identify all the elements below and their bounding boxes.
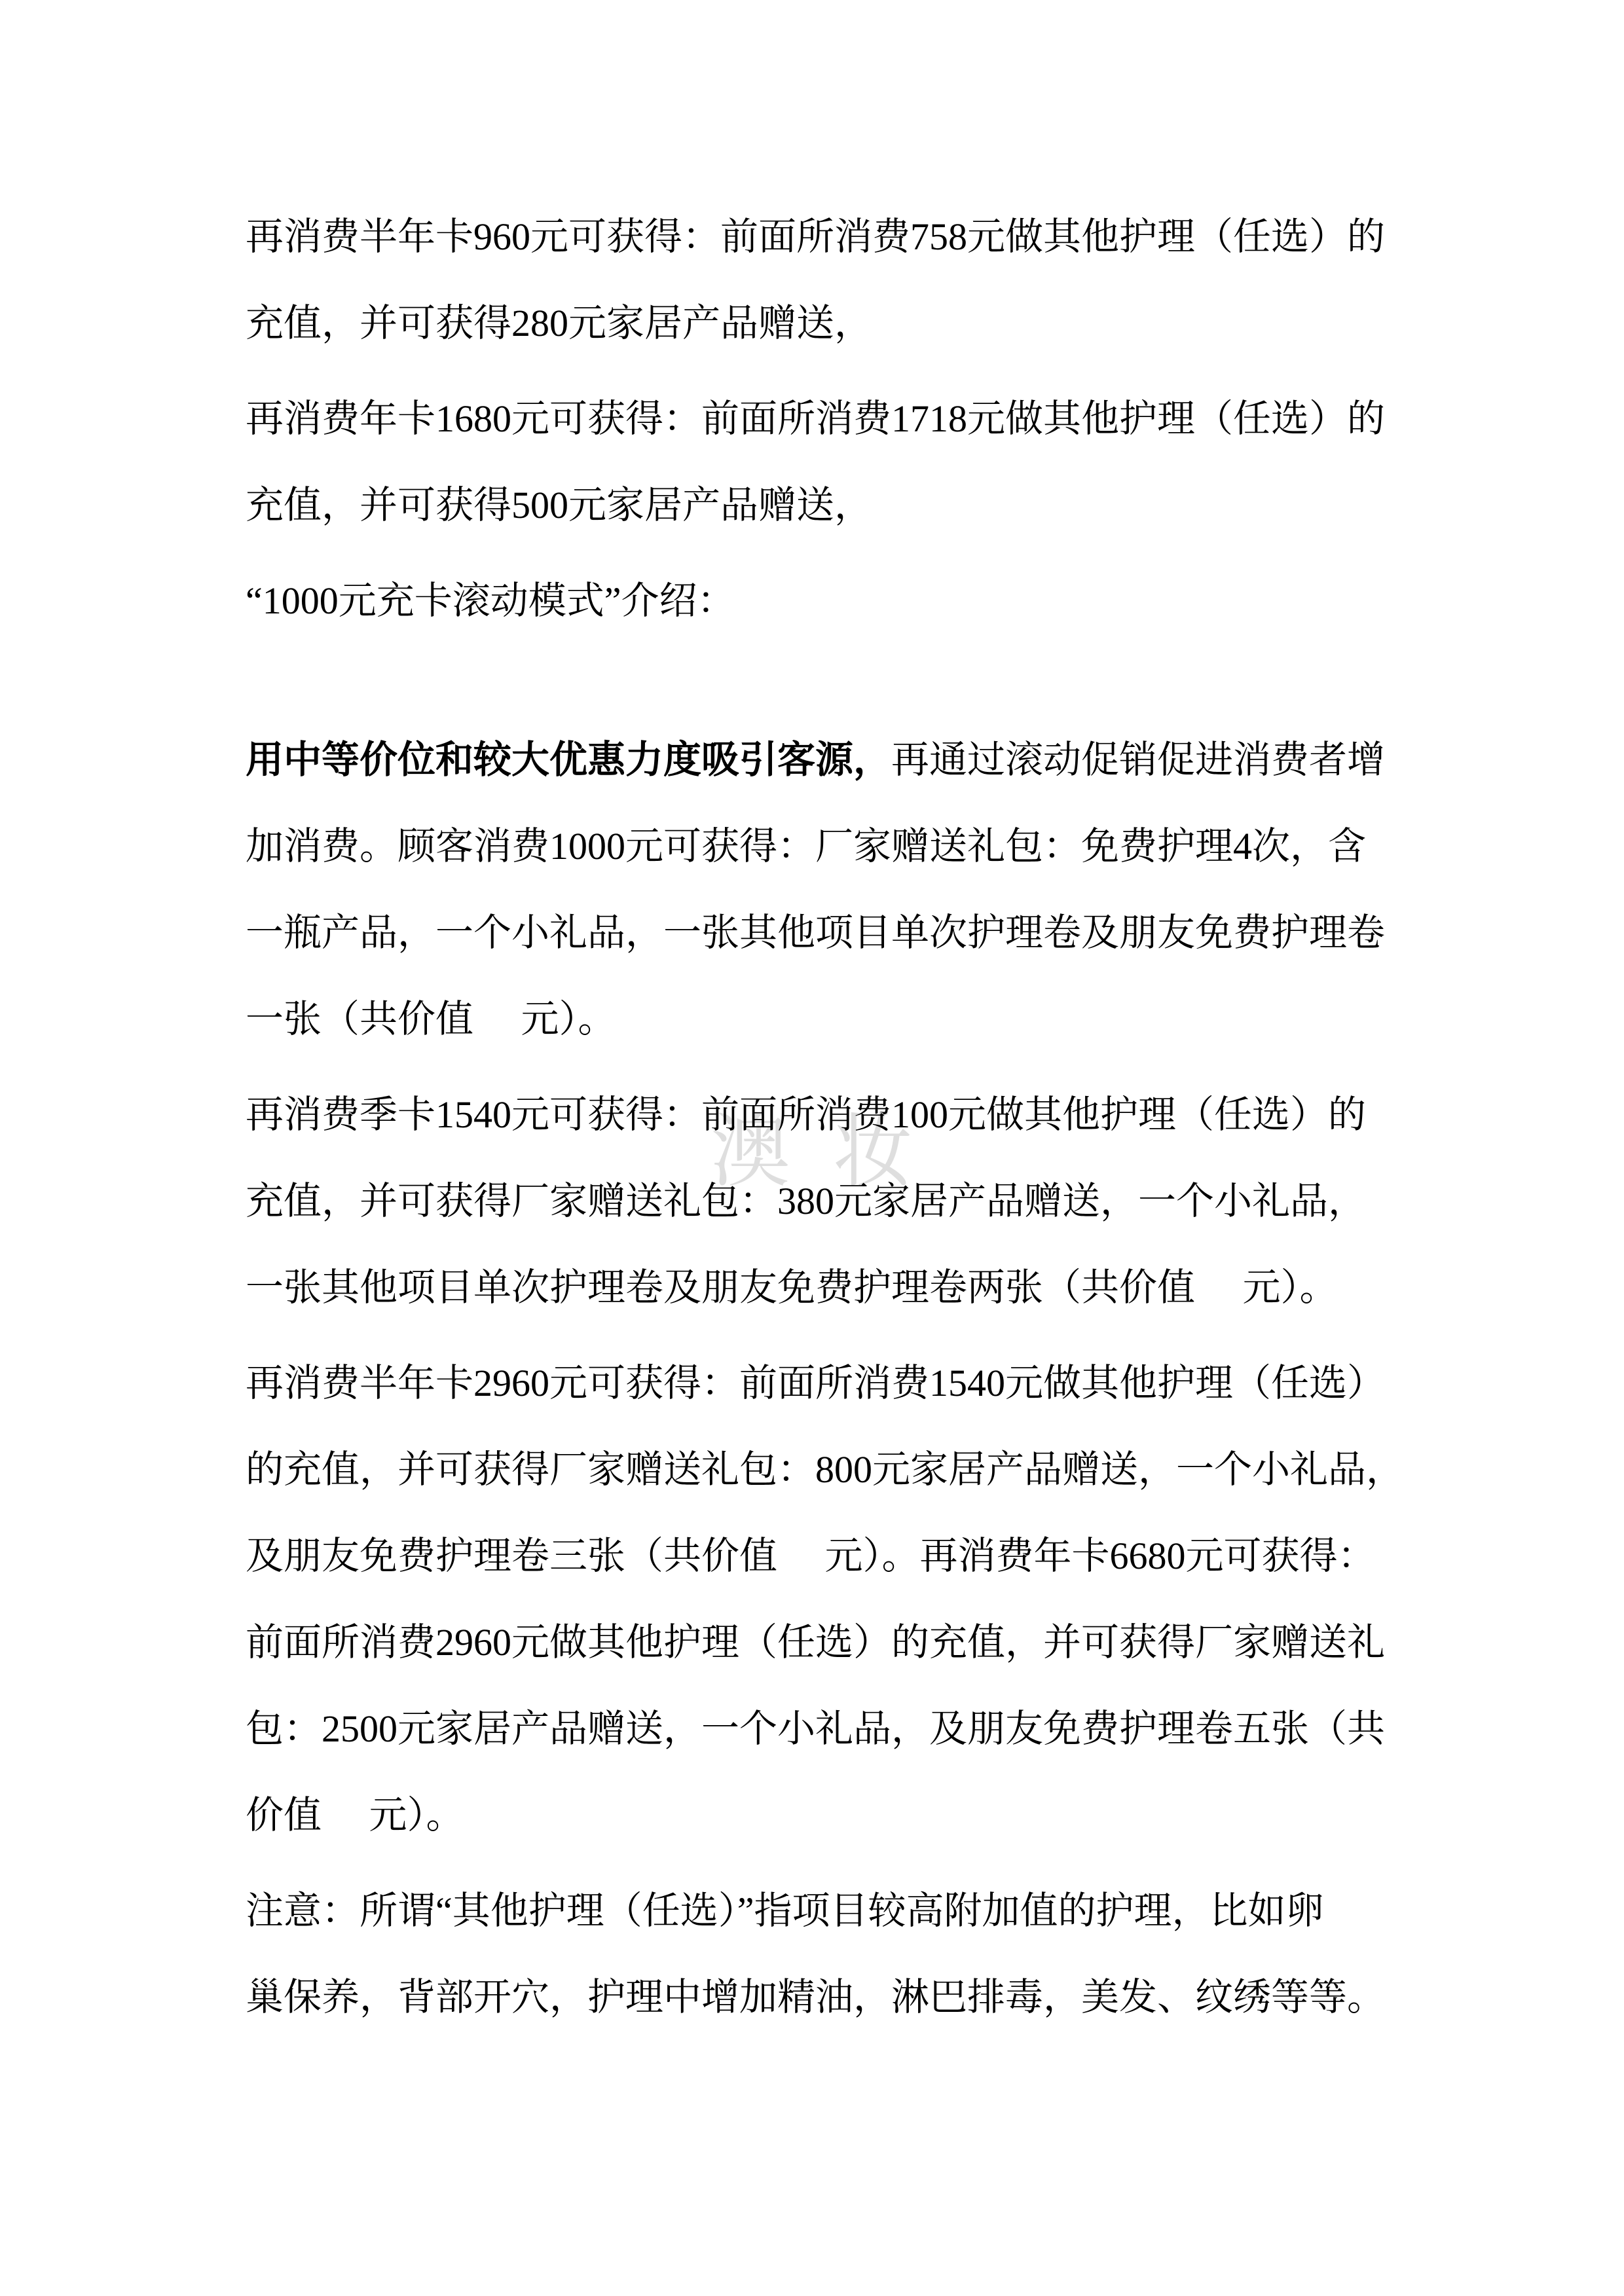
text-line: 一张其他项目单次护理卷及朋友免费护理卷两张（共价值 元）。 [246, 1245, 1378, 1331]
document-page: 澳妆 再消费半年卡960元可获得：前面所消费758元做其他护理（任选）的 充值，… [0, 0, 1624, 2296]
paragraph-note: 注意：所谓“其他护理（任选）”指项目较高附加值的护理，比如卵 巢保养，背部开穴，… [246, 1868, 1378, 2041]
paragraph-year-card-1680: 再消费年卡1680元可获得：前面所消费1718元做其他护理（任选）的 充值，并可… [246, 376, 1378, 549]
blank-line [246, 653, 1378, 717]
text-line: 注意：所谓“其他护理（任选）”指项目较高附加值的护理，比如卵 [246, 1868, 1378, 1954]
text-line: 用中等价位和较大优惠力度吸引客源，再通过滚动促销促进消费者增 [246, 717, 1378, 803]
text-line: 再消费半年卡2960元可获得：前面所消费1540元做其他护理（任选） [246, 1340, 1378, 1427]
text-line: 充值，并可获得厂家赠送礼包：380元家居产品赠送，一个小礼品， [246, 1158, 1378, 1245]
text-line: 的充值，并可获得厂家赠送礼包：800元家居产品赠送，一个小礼品， [246, 1427, 1378, 1513]
paragraph-1000-model-intro: 用中等价位和较大优惠力度吸引客源，再通过滚动促销促进消费者增 加消费。顾客消费1… [246, 717, 1378, 1063]
paragraph-season-card-1540: 再消费季卡1540元可获得：前面所消费100元做其他护理（任选）的 充值，并可获… [246, 1072, 1378, 1331]
text-line: 再消费年卡1680元可获得：前面所消费1718元做其他护理（任选）的 [246, 376, 1378, 462]
text-line: 加消费。顾客消费1000元可获得：厂家赠送礼包：免费护理4次，含 [246, 803, 1378, 890]
text-line: 一瓶产品，一个小礼品，一张其他项目单次护理卷及朋友免费护理卷 [246, 890, 1378, 976]
text-line: 前面所消费2960元做其他护理（任选）的充值，并可获得厂家赠送礼 [246, 1599, 1378, 1686]
bold-lead-text: 用中等价位和较大优惠力度吸引客源， [246, 738, 891, 781]
paragraph-half-year-card-2960: 再消费半年卡2960元可获得：前面所消费1540元做其他护理（任选） 的充值，并… [246, 1340, 1378, 1859]
text-line: 及朋友免费护理卷三张（共价值 元）。再消费年卡6680元可获得： [246, 1513, 1378, 1599]
text-line: 一张（共价值 元）。 [246, 976, 1378, 1063]
text-line: 价值 元）。 [246, 1772, 1378, 1859]
text-line: 巢保养，背部开穴，护理中增加精油，淋巴排毒，美发、纹绣等等。 [246, 1954, 1378, 2041]
text-segment: 再通过滚动促销促进消费者增 [891, 738, 1385, 781]
text-line: 充值，并可获得500元家居产品赠送， [246, 462, 1378, 549]
paragraph-section-heading: “1000元充卡滚动模式”介绍： [246, 558, 1378, 644]
text-line: 充值，并可获得280元家居产品赠送， [246, 280, 1378, 367]
text-line: “1000元充卡滚动模式”介绍： [246, 558, 1378, 644]
text-line: 再消费季卡1540元可获得：前面所消费100元做其他护理（任选）的 [246, 1072, 1378, 1158]
text-line: 再消费半年卡960元可获得：前面所消费758元做其他护理（任选）的 [246, 194, 1378, 280]
paragraph-half-year-card-960: 再消费半年卡960元可获得：前面所消费758元做其他护理（任选）的 充值，并可获… [246, 194, 1378, 367]
document-content: 再消费半年卡960元可获得：前面所消费758元做其他护理（任选）的 充值，并可获… [246, 194, 1378, 2050]
text-line: 包：2500元家居产品赠送，一个小礼品，及朋友免费护理卷五张（共 [246, 1686, 1378, 1772]
